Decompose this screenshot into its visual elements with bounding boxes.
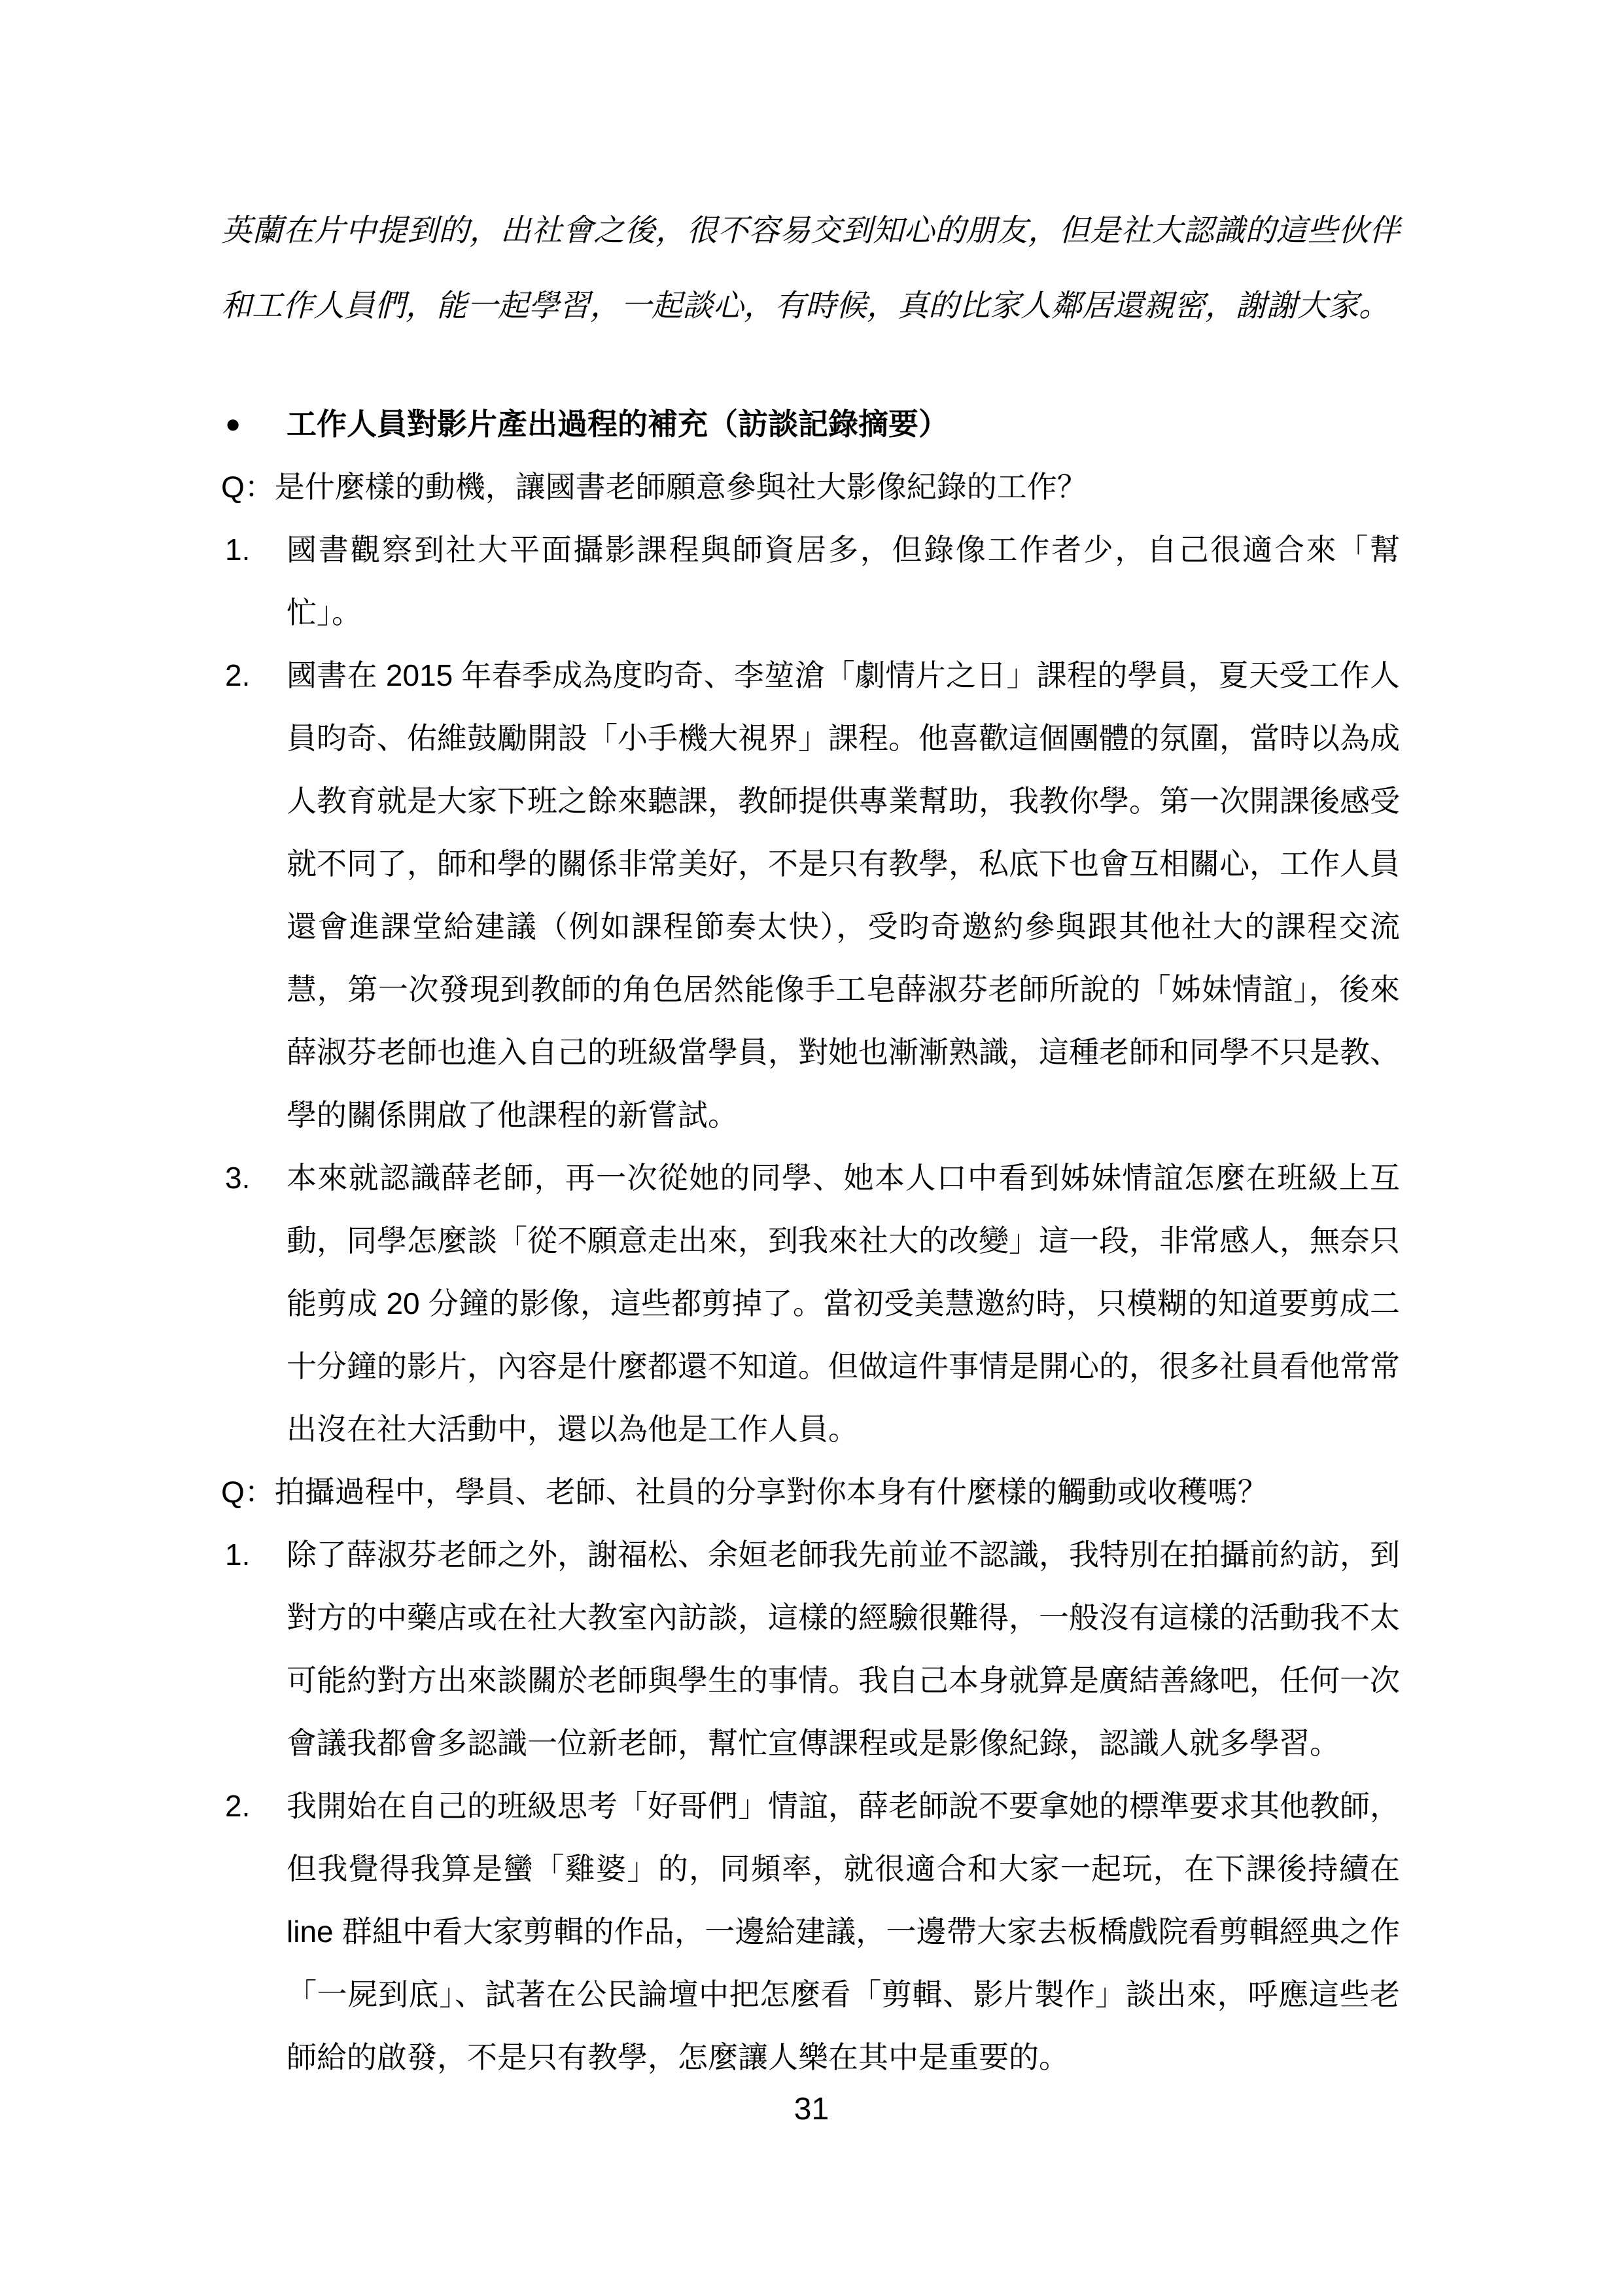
answer-2-1-text: 除了薛淑芬老師之外，謝福松、余姮老師我先前並不認識，我特別在拍攝前約訪，到對方的… <box>287 1538 1400 1760</box>
answer-1-2: 2. 國書在 2015 年春季成為度昀奇、李堃滄「劇情片之日」課程的學員，夏天受… <box>221 644 1400 1146</box>
question-2-text: 拍攝過程中，學員、老師、社員的分享對你本身有什麼樣的觸動或收穫嗎？ <box>275 1475 1268 1509</box>
section-title: 工作人員對影片產出過程的補充（訪談記錄摘要） <box>287 407 949 441</box>
page-content: 英蘭在片中提到的，出社會之後，很不容易交到知心的朋友，但是社大認識的這些伙伴和工… <box>221 194 1400 2089</box>
question-1-text: 是什麼樣的動機，讓國書老師願意參與社大影像紀錄的工作？ <box>275 470 1087 504</box>
answer-2-2: 2. 我開始在自己的班級思考「好哥們」情誼，薛老師說不要拿她的標準要求其他教師，… <box>221 1775 1400 2089</box>
answer-2-1: 1. 除了薛淑芬老師之外，謝福松、余姮老師我先前並不認識，我特別在拍攝前約訪，到… <box>221 1523 1400 1775</box>
answer-1-2-number: 2. <box>225 644 250 707</box>
page-number: 31 <box>0 2091 1623 2128</box>
interview-body: ● 工作人員對影片產出過程的補充（訪談記錄摘要） Q：是什麼樣的動機，讓國書老師… <box>221 393 1400 2089</box>
question-2-label: Q： <box>221 1475 275 1509</box>
answer-1-2-text: 國書在 2015 年春季成為度昀奇、李堃滄「劇情片之日」課程的學員，夏天受工作人… <box>287 658 1400 1132</box>
document-page: 英蘭在片中提到的，出社會之後，很不容易交到知心的朋友，但是社大認識的這些伙伴和工… <box>0 0 1623 2296</box>
question-1: Q：是什麼樣的動機，讓國書老師願意參與社大影像紀錄的工作？ <box>221 455 1400 518</box>
question-1-label: Q： <box>221 470 275 504</box>
answer-2-2-number: 2. <box>225 1775 250 1837</box>
section-header: ● 工作人員對影片產出過程的補充（訪談記錄摘要） <box>221 393 1400 455</box>
answer-1-3: 3. 本來就認識薛老師，再一次從她的同學、她本人口中看到姊妹情誼怎麼在班級上互動… <box>221 1146 1400 1460</box>
answer-1-3-text: 本來就認識薛老師，再一次從她的同學、她本人口中看到姊妹情誼怎麼在班級上互動，同學… <box>287 1161 1400 1446</box>
answer-1-1-text: 國書觀察到社大平面攝影課程與師資居多，但錄像工作者少，自己很適合來「幫忙」。 <box>287 533 1400 629</box>
answer-1-1: 1. 國書觀察到社大平面攝影課程與師資居多，但錄像工作者少，自己很適合來「幫忙」… <box>221 518 1400 644</box>
answer-1-1-number: 1. <box>225 518 250 581</box>
intro-paragraph: 英蘭在片中提到的，出社會之後，很不容易交到知心的朋友，但是社大認識的這些伙伴和工… <box>221 194 1400 344</box>
bullet-icon: ● <box>225 393 241 455</box>
answer-1-3-number: 3. <box>225 1146 250 1209</box>
answer-2-1-number: 1. <box>225 1523 250 1586</box>
question-2: Q：拍攝過程中，學員、老師、社員的分享對你本身有什麼樣的觸動或收穫嗎？ <box>221 1460 1400 1523</box>
answer-2-2-text: 我開始在自己的班級思考「好哥們」情誼，薛老師說不要拿她的標準要求其他教師，但我覺… <box>287 1789 1400 2074</box>
